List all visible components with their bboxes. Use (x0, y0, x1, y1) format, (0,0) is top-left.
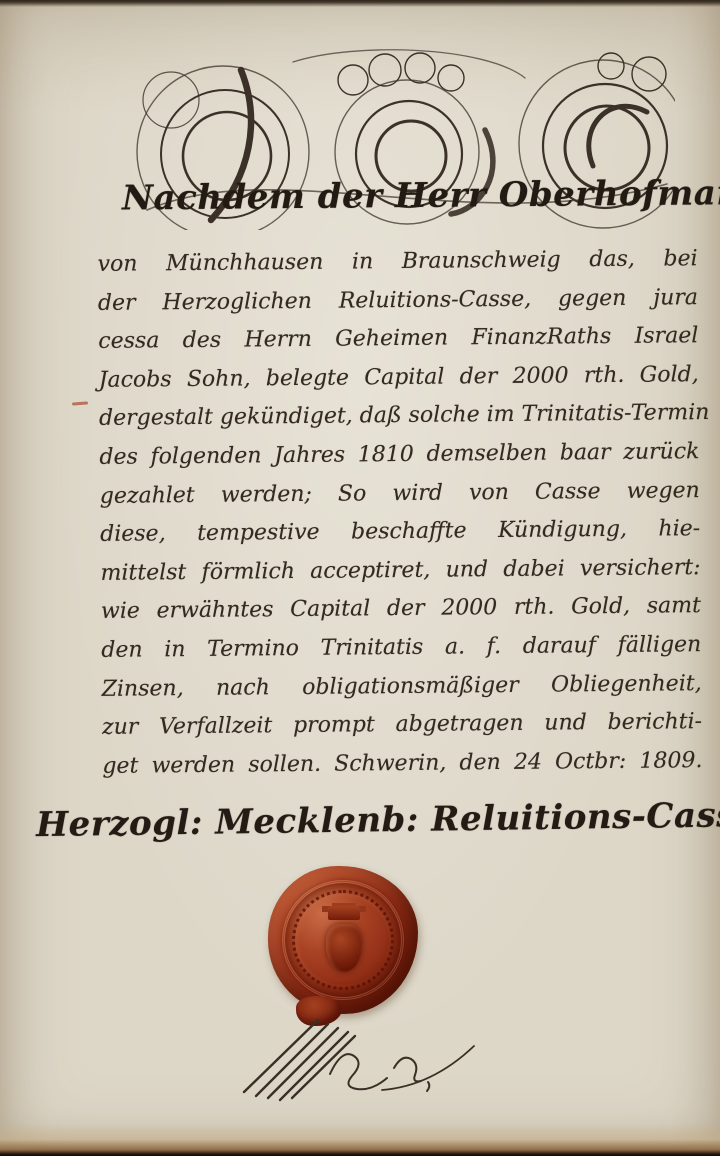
manuscript-line: der Herzoglichen Reluitions-Casse, gegen… (98, 279, 698, 323)
issuing-authority-signature-line: Herzogl: Mecklenb: Reluitions-Casse. (36, 795, 720, 845)
manuscript-line: cessa des Herrn Geheimen FinanzRaths Isr… (98, 317, 698, 361)
manuscript-photo: { "document": { "heading": "Nachdem der … (0, 0, 720, 1156)
manuscript-line: get werden sollen. Schwerin, den 24 Octb… (102, 742, 702, 786)
manuscript-line: des folgenden Jahres 1810 demselben baar… (99, 433, 699, 477)
photo-bottom-edge (0, 1124, 720, 1156)
red-ink-mark (72, 401, 88, 405)
manuscript-line: gezahlet werden; So wird von Casse wegen (100, 472, 700, 516)
manuscript-line: diese, tempestive beschaffte Kündigung, … (100, 510, 700, 554)
manuscript-line: Jacobs Sohn, belegte Capital der 2000 rt… (99, 356, 699, 400)
manuscript-line: dergestalt gekündiget, daß solche im Tri… (99, 395, 699, 439)
manuscript-line: wie erwähntes Capital der 2000 rth. Gold… (101, 587, 701, 631)
document-body: von Münchhausen in Braunschweig das, bei… (97, 240, 702, 786)
seal-crown-emblem (328, 906, 360, 920)
document-heading: Nachdem der Herr Oberhofmarschall (122, 173, 706, 218)
paper-sheet: Nachdem der Herr Oberhofmarschall von Mü… (0, 0, 720, 1156)
red-wax-seal (268, 866, 418, 1014)
manuscript-line: mittelst förmlich acceptiret, und dabei … (100, 549, 700, 593)
signature-scrawl (232, 1012, 488, 1104)
photo-top-edge (0, 0, 720, 7)
manuscript-line: Zinsen, nach obligationsmäßiger Obliegen… (101, 665, 701, 709)
manuscript-line: zur Verfallzeit prompt abgetragen und be… (102, 703, 702, 747)
manuscript-line: von Münchhausen in Braunschweig das, bei (97, 240, 697, 284)
manuscript-line: den in Termino Trinitatis a. f. darauf f… (101, 626, 701, 670)
